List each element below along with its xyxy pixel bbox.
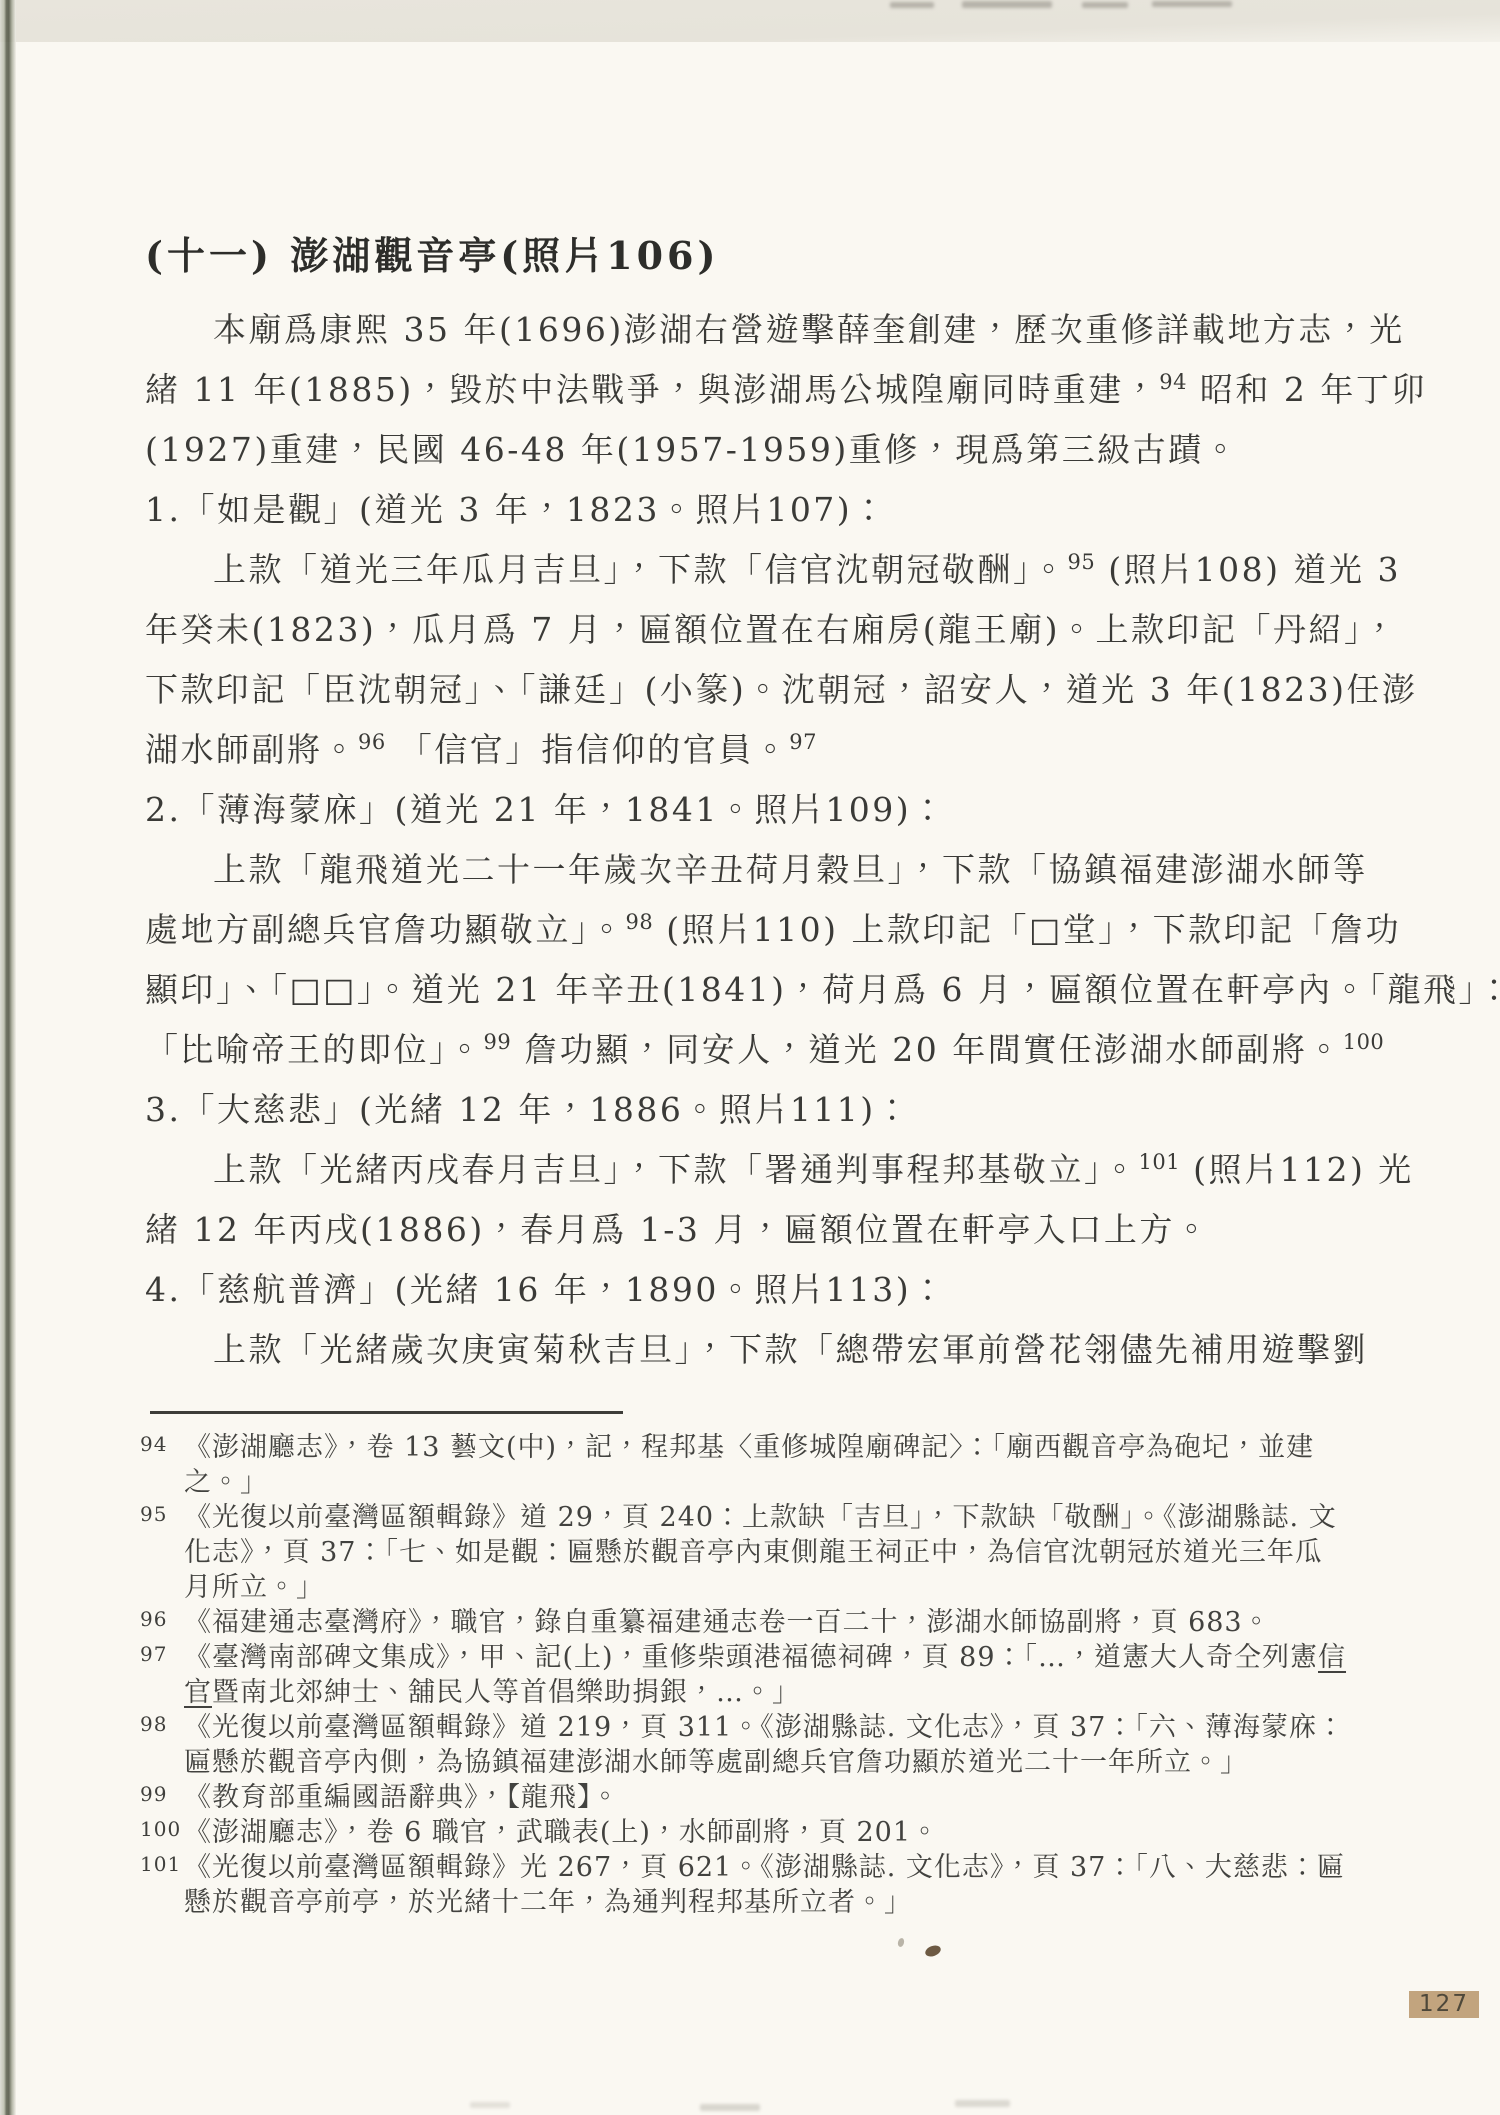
text-segment: (照片112) 光 [1180, 1150, 1414, 1189]
footnote-line: 化志》，頁 37：「七、如是觀：匾懸於觀音亭內東側龍王祠正中，為信官沈朝冠於道光… [184, 1535, 1430, 1570]
footnote-number: 97 [140, 1642, 184, 1666]
footnote-text: 《教育部重編國語辭典》，【龍飛】。 [184, 1780, 1430, 1815]
text-segment: 《光復以前臺灣區額輯錄》道 29，頁 240：上款缺「吉旦」，下款缺「敬酬」。《… [184, 1502, 1337, 1533]
footnote-line: 《澎湖廳志》，卷 13 藝文(中)，記，程邦基〈重修城隍廟碑記〉：「廟西觀音亭為… [184, 1430, 1430, 1465]
text-segment: 上款「光緒歲次庚寅菊秋吉旦」，下款「總帶宏軍前營花翎儘先補用遊擊劉 [213, 1330, 1368, 1369]
scan-ghost-mark [470, 2102, 510, 2108]
footnote-text: 《光復以前臺灣區額輯錄》光 267，頁 621。《澎湖縣誌. 文化志》，頁 37… [184, 1850, 1430, 1920]
scan-ghost-mark [955, 2100, 1010, 2107]
scan-ghost-mark [890, 2, 934, 8]
body-text-line: 本廟爲康熙 35 年(1696)澎湖右營遊擊薛奎創建，歷次重修詳載地方志，光 [145, 300, 1410, 360]
footnote-line: 《光復以前臺灣區額輯錄》光 267，頁 621。《澎湖縣誌. 文化志》，頁 37… [184, 1850, 1430, 1885]
text-segment: 昭和 2 年丁卯 [1187, 370, 1427, 409]
text-segment: 上款「光緒丙戌春月吉旦」，下款「署通判事程邦基敬立」。 [213, 1150, 1139, 1189]
scan-speck [897, 1937, 905, 1947]
text-segment: 年癸未(1823)，瓜月爲 7 月，匾額位置在右廂房(龍王廟)。上款印記「丹紹」… [145, 610, 1398, 649]
scan-left-edge [0, 0, 16, 2115]
text-segment: 緒 12 年丙戌(1886)，春月爲 1-3 月，匾額位置在軒亭入口上方。 [145, 1210, 1210, 1249]
section-heading: 1.「如是觀」(道光 3 年，1823。照片107)： [145, 480, 1410, 540]
footnote-line: 《光復以前臺灣區額輯錄》道 29，頁 240：上款缺「吉旦」，下款缺「敬酬」。《… [184, 1500, 1430, 1535]
footnote-number: 100 [140, 1817, 184, 1841]
footnote: 100《澎湖廳志》，卷 6 職官，武職表(上)，水師副將，頁 201。 [140, 1815, 1430, 1850]
text-segment: 懸於觀音亭前亭，於光緒十二年，為通判程邦基所立者。」 [184, 1887, 912, 1918]
underlined-text: 信 [1318, 1642, 1346, 1673]
body-text-line: 顯印」、「□□」。道光 21 年辛丑(1841)，荷月爲 6 月，匾額位置在軒亭… [145, 960, 1410, 1020]
scan-top-band [0, 0, 1500, 42]
footnote-number: 95 [140, 1502, 184, 1526]
footnote: 99《教育部重編國語辭典》，【龍飛】。 [140, 1780, 1430, 1815]
footnote-text: 《澎湖廳志》，卷 6 職官，武職表(上)，水師副將，頁 201。 [184, 1815, 1430, 1850]
text-segment: 「比喻帝王的即位」。 [145, 1030, 484, 1069]
footnote-text: 《澎湖廳志》，卷 13 藝文(中)，記，程邦基〈重修城隍廟碑記〉：「廟西觀音亭為… [184, 1430, 1430, 1500]
scan-ghost-mark [700, 2104, 760, 2111]
page-number-badge: 127 [1409, 1991, 1479, 2018]
text-segment: 《福建通志臺灣府》，職官，錄自重纂福建通志卷一百二十，澎湖水師協副將，頁 683… [184, 1607, 1271, 1638]
footnote-number: 101 [140, 1852, 184, 1876]
footnote-line: 《光復以前臺灣區額輯錄》道 219，頁 311。《澎湖縣誌. 文化志》，頁 37… [184, 1710, 1430, 1745]
scanned-book-page: (十一) 澎湖觀音亭(照片106) 本廟爲康熙 35 年(1696)澎湖右營遊擊… [0, 0, 1500, 2115]
text-segment: 《光復以前臺灣區額輯錄》道 219，頁 311。《澎湖縣誌. 文化志》，頁 37… [184, 1712, 1345, 1743]
text-segment: (照片110) 上款印記「□堂」，下款印記「詹功 [653, 910, 1401, 949]
body-text-line: 緒 11 年(1885)，毀於中法戰爭，與澎湖馬公城隍廟同時重建，94 昭和 2… [145, 360, 1410, 420]
text-segment: 匾懸於觀音亭內側，為協鎮福建澎湖水師等處副總兵官詹功顯於道光二十一年所立。」 [184, 1747, 1248, 1778]
section-heading: 4.「慈航普濟」(光緒 16 年，1890。照片113)： [145, 1260, 1410, 1320]
footnote: 98《光復以前臺灣區額輯錄》道 219，頁 311。《澎湖縣誌. 文化志》，頁 … [140, 1710, 1430, 1780]
underlined-text: 官 [184, 1677, 212, 1708]
body-text-line: 「比喻帝王的即位」。99 詹功顯，同安人，道光 20 年間實任澎湖水師副將。10… [145, 1020, 1410, 1080]
footnote-line: 《福建通志臺灣府》，職官，錄自重纂福建通志卷一百二十，澎湖水師協副將，頁 683… [184, 1605, 1430, 1640]
footnote-separator [150, 1411, 623, 1414]
footnote-line: 官暨南北郊紳士、舖民人等首倡樂助捐銀，…。」 [184, 1675, 1430, 1710]
footnote-text: 《臺灣南部碑文集成》，甲、記(上)，重修柴頭港福德祠碑，頁 89：「…，道憲大人… [184, 1640, 1430, 1710]
text-segment: 4.「慈航普濟」(光緒 16 年，1890。照片113)： [145, 1270, 947, 1309]
footnote-number: 96 [140, 1607, 184, 1631]
body-text-line: 上款「龍飛道光二十一年歲次辛丑荷月穀旦」，下款「協鎮福建澎湖水師等 [145, 840, 1410, 900]
text-segment: 《教育部重編國語辭典》，【龍飛】。 [184, 1782, 620, 1813]
footnote-line: 匾懸於觀音亭內側，為協鎮福建澎湖水師等處副總兵官詹功顯於道光二十一年所立。」 [184, 1745, 1430, 1780]
footnote: 94《澎湖廳志》，卷 13 藝文(中)，記，程邦基〈重修城隍廟碑記〉：「廟西觀音… [140, 1430, 1430, 1500]
text-segment: 《臺灣南部碑文集成》，甲、記(上)，重修柴頭港福德祠碑，頁 89：「…，道憲大人… [184, 1642, 1318, 1673]
page-title: (十一) 澎湖觀音亭(照片106) [145, 228, 1410, 300]
footnote: 101《光復以前臺灣區額輯錄》光 267，頁 621。《澎湖縣誌. 文化志》，頁… [140, 1850, 1430, 1920]
text-segment: 暨南北郊紳士、舖民人等首倡樂助捐銀，…。」 [212, 1677, 800, 1708]
body-text-line: 上款「光緒歲次庚寅菊秋吉旦」，下款「總帶宏軍前營花翎儘先補用遊擊劉 [145, 1320, 1410, 1380]
text-segment: 緒 11 年(1885)，毀於中法戰爭，與澎湖馬公城隍廟同時重建， [145, 370, 1159, 409]
text-segment: 之。」 [184, 1467, 268, 1498]
section-heading: 2.「薄海蒙庥」(道光 21 年，1841。照片109)： [145, 780, 1410, 840]
section-heading: 3.「大慈悲」(光緒 12 年，1886。照片111)： [145, 1080, 1410, 1140]
text-segment: 《澎湖廳志》，卷 13 藝文(中)，記，程邦基〈重修城隍廟碑記〉：「廟西觀音亭為… [184, 1432, 1314, 1463]
footnote: 97《臺灣南部碑文集成》，甲、記(上)，重修柴頭港福德祠碑，頁 89：「…，道憲… [140, 1640, 1430, 1710]
footnote: 95《光復以前臺灣區額輯錄》道 29，頁 240：上款缺「吉旦」，下款缺「敬酬」… [140, 1500, 1430, 1605]
footnote-text: 《光復以前臺灣區額輯錄》道 29，頁 240：上款缺「吉旦」，下款缺「敬酬」。《… [184, 1500, 1430, 1605]
footnote-line: 《澎湖廳志》，卷 6 職官，武職表(上)，水師副將，頁 201。 [184, 1815, 1430, 1850]
scan-ghost-mark [962, 1, 1052, 8]
text-segment: 2.「薄海蒙庥」(道光 21 年，1841。照片109)： [145, 790, 947, 829]
footnote-number: 99 [140, 1782, 184, 1806]
footnote-ref: 99 [484, 1030, 512, 1054]
footnote-ref: 100 [1343, 1030, 1385, 1054]
text-segment: (照片108) 道光 3 [1095, 550, 1401, 589]
footnote-text: 《福建通志臺灣府》，職官，錄自重纂福建通志卷一百二十，澎湖水師協副將，頁 683… [184, 1605, 1430, 1640]
body-text-line: 下款印記「臣沈朝冠」、「謙廷」(小篆)。沈朝冠，詔安人，道光 3 年(1823)… [145, 660, 1410, 720]
body-text-line: 年癸未(1823)，瓜月爲 7 月，匾額位置在右廂房(龍王廟)。上款印記「丹紹」… [145, 600, 1410, 660]
text-segment: 詹功顯，同安人，道光 20 年間實任澎湖水師副將。 [511, 1030, 1342, 1069]
body-text-line: 處地方副總兵官詹功顯敬立」。98 (照片110) 上款印記「□堂」，下款印記「詹… [145, 900, 1410, 960]
footnote-line: 月所立。」 [184, 1570, 1430, 1605]
scan-ghost-mark [1082, 2, 1128, 8]
text-segment: 上款「道光三年瓜月吉旦」，下款「信官沈朝冠敬酬」。 [213, 550, 1068, 589]
text-segment: 處地方副總兵官詹功顯敬立」。 [145, 910, 626, 949]
footnote-ref: 95 [1068, 550, 1096, 574]
text-segment: 「信官」指信仰的官員。 [386, 730, 790, 769]
text-segment: (1927)重建，民國 46-48 年(1957-1959)重修，現爲第三級古蹟… [145, 430, 1239, 469]
body-text-line: (1927)重建，民國 46-48 年(1957-1959)重修，現爲第三級古蹟… [145, 420, 1410, 480]
text-segment: 1.「如是觀」(道光 3 年，1823。照片107)： [145, 490, 888, 529]
text-segment: 下款印記「臣沈朝冠」、「謙廷」(小篆)。沈朝冠，詔安人，道光 3 年(1823)… [145, 670, 1417, 709]
footnote-line: 《臺灣南部碑文集成》，甲、記(上)，重修柴頭港福德祠碑，頁 89：「…，道憲大人… [184, 1640, 1430, 1675]
body-text-line: 緒 12 年丙戌(1886)，春月爲 1-3 月，匾額位置在軒亭入口上方。 [145, 1200, 1410, 1260]
footnotes-block: 94《澎湖廳志》，卷 13 藝文(中)，記，程邦基〈重修城隍廟碑記〉：「廟西觀音… [140, 1430, 1430, 1920]
text-segment: 月所立。」 [184, 1572, 324, 1603]
footnote-ref: 101 [1139, 1150, 1181, 1174]
body-text-line: 上款「道光三年瓜月吉旦」，下款「信官沈朝冠敬酬」。95 (照片108) 道光 3 [145, 540, 1410, 600]
footnote-line: 之。」 [184, 1465, 1430, 1500]
scan-ghost-mark [1152, 1, 1232, 7]
text-segment: 化志》，頁 37：「七、如是觀：匾懸於觀音亭內東側龍王祠正中，為信官沈朝冠於道光… [184, 1537, 1323, 1568]
footnote-ref: 97 [789, 730, 817, 754]
footnote-text: 《光復以前臺灣區額輯錄》道 219，頁 311。《澎湖縣誌. 文化志》，頁 37… [184, 1710, 1430, 1780]
text-segment: 《澎湖廳志》，卷 6 職官，武職表(上)，水師副將，頁 201。 [184, 1817, 939, 1848]
scan-speck [924, 1944, 942, 1959]
footnote: 96《福建通志臺灣府》，職官，錄自重纂福建通志卷一百二十，澎湖水師協副將，頁 6… [140, 1605, 1430, 1640]
footnote-ref: 96 [358, 730, 386, 754]
footnote-line: 懸於觀音亭前亭，於光緒十二年，為通判程邦基所立者。」 [184, 1885, 1430, 1920]
text-segment: 3.「大慈悲」(光緒 12 年，1886。照片111)： [145, 1090, 911, 1129]
footnote-ref: 94 [1159, 370, 1187, 394]
text-segment: 顯印」、「□□」。道光 21 年辛丑(1841)，荷月爲 6 月，匾額位置在軒亭… [145, 970, 1500, 1009]
text-segment: 本廟爲康熙 35 年(1696)澎湖右營遊擊薛奎創建，歷次重修詳載地方志，光 [213, 310, 1405, 349]
footnote-line: 《教育部重編國語辭典》，【龍飛】。 [184, 1780, 1430, 1815]
footnote-number: 98 [140, 1712, 184, 1736]
main-text-column: (十一) 澎湖觀音亭(照片106) 本廟爲康熙 35 年(1696)澎湖右營遊擊… [145, 228, 1410, 1380]
footnote-number: 94 [140, 1432, 184, 1456]
text-segment: 湖水師副將。 [145, 730, 358, 769]
body-text-line: 上款「光緒丙戌春月吉旦」，下款「署通判事程邦基敬立」。101 (照片112) 光 [145, 1140, 1410, 1200]
body-text-line: 湖水師副將。96 「信官」指信仰的官員。97 [145, 720, 1410, 780]
text-segment: 《光復以前臺灣區額輯錄》光 267，頁 621。《澎湖縣誌. 文化志》，頁 37… [184, 1852, 1345, 1883]
footnote-ref: 98 [626, 910, 654, 934]
text-segment: 上款「龍飛道光二十一年歲次辛丑荷月穀旦」，下款「協鎮福建澎湖水師等 [213, 850, 1368, 889]
body-text-block: 本廟爲康熙 35 年(1696)澎湖右營遊擊薛奎創建，歷次重修詳載地方志，光緒 … [145, 300, 1410, 1380]
